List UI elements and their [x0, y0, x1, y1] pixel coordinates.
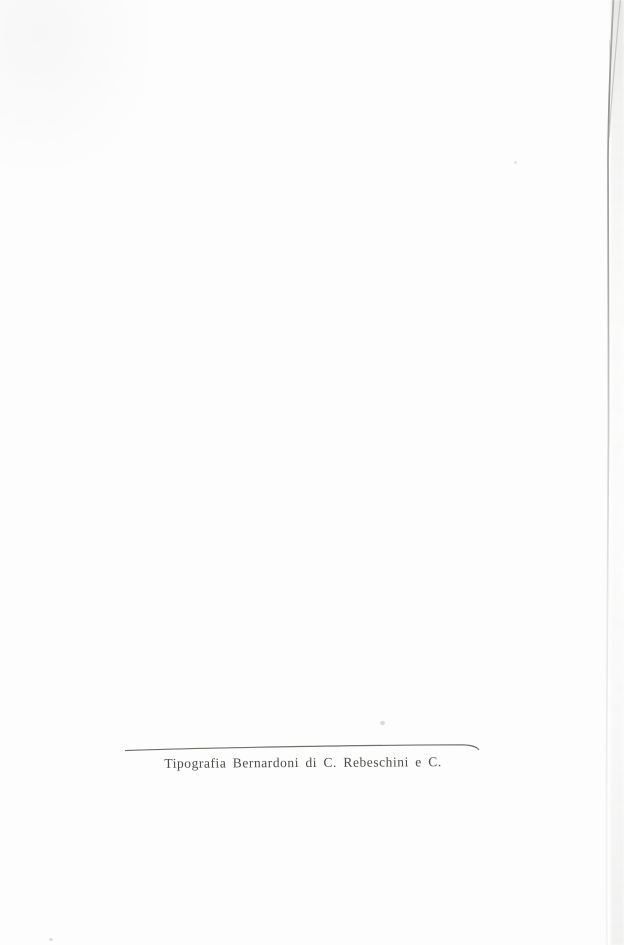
scanned-page: Tipografia Bernardoni di C. Rebeschini e…	[0, 0, 624, 945]
scan-speck	[380, 721, 385, 725]
scan-speck	[49, 938, 53, 941]
scan-smudge-top-left	[0, 0, 150, 170]
printer-imprint: Tipografia Bernardoni di C. Rebeschini e…	[124, 741, 482, 772]
imprint-text: Tipografia Bernardoni di C. Rebeschini e…	[124, 754, 482, 772]
imprint-rule	[124, 741, 482, 755]
scan-speck	[514, 161, 517, 164]
